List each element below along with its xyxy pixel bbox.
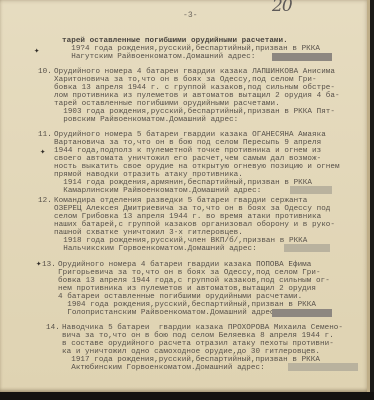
redaction-bar (288, 363, 358, 371)
margin-mark: ✦ (40, 148, 45, 156)
entry-number: 10. (38, 68, 52, 76)
entry-line: Нальчикским Горвоенкоматом.Домашний адре… (54, 245, 257, 253)
entry-number: 13. (42, 261, 56, 269)
entry-line: Голопристанским Райвоенкоматом.Домашний … (58, 309, 275, 317)
redaction-bar (272, 309, 332, 317)
entry-line: Камарлинским Райвоенкоматом.Домашний адр… (54, 187, 261, 195)
margin-mark: ✦ (34, 47, 39, 55)
folio-number: 20 (272, 2, 292, 10)
entry-line: Актюбинским Горвоенкоматом.Домашний адре… (62, 364, 265, 372)
entry-line: Нагутским Райвоенкоматом.Домашний адрес: (62, 53, 256, 61)
scan-background (0, 392, 374, 400)
redaction-bar (272, 53, 332, 61)
entry-number: 11. (38, 131, 52, 139)
document-text: -3- 20 тарей оставленные погибшими оруди… (0, 0, 370, 392)
redaction-bar (284, 244, 330, 252)
margin-mark: ✦ (36, 260, 41, 268)
page-number: -3- (183, 12, 198, 20)
entry-line: ровским Райвоенкоматом.Домашний адрес: (54, 116, 238, 124)
entry-number: 14. (46, 324, 60, 332)
entry-number: 12. (38, 197, 52, 205)
redaction-bar (290, 186, 332, 194)
